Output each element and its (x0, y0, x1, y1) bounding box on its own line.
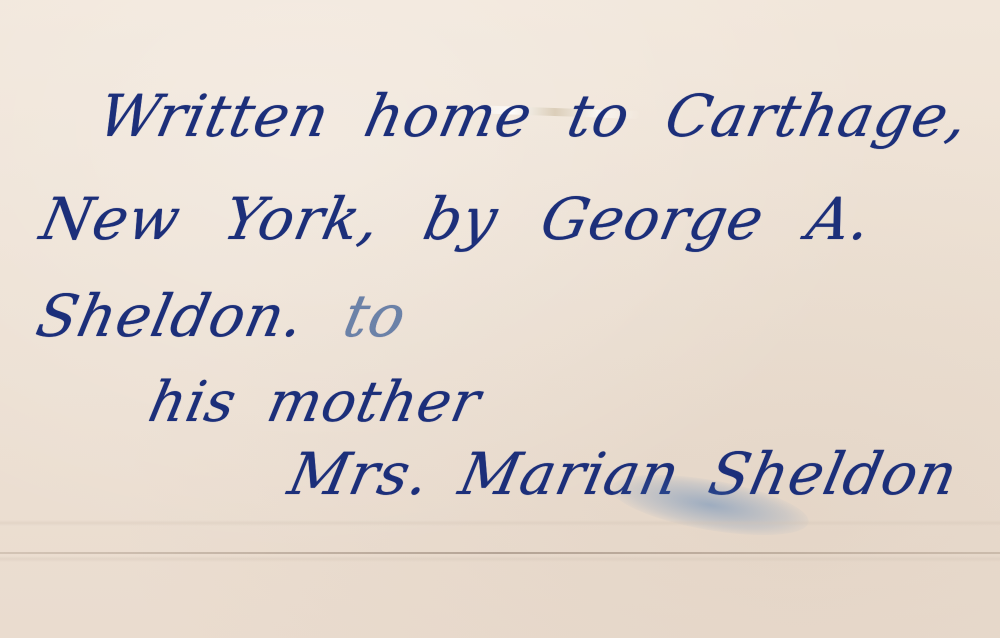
handwritten-line-4: his mother (143, 370, 487, 435)
handwritten-line-2: New York, by George A. (35, 185, 878, 253)
handwritten-line-3-annotation: to (338, 282, 413, 350)
fold-line (0, 552, 1000, 554)
fold-shadow-lower (0, 556, 1000, 562)
fold-shadow (0, 520, 1000, 526)
letter-paper: Written home to Carthage, New York, by G… (0, 0, 1000, 638)
handwritten-line-3-text: Sheldon. (31, 282, 311, 350)
handwritten-line-3: Sheldon. to (31, 282, 413, 350)
handwritten-line-1: Written home to Carthage, (93, 82, 975, 150)
